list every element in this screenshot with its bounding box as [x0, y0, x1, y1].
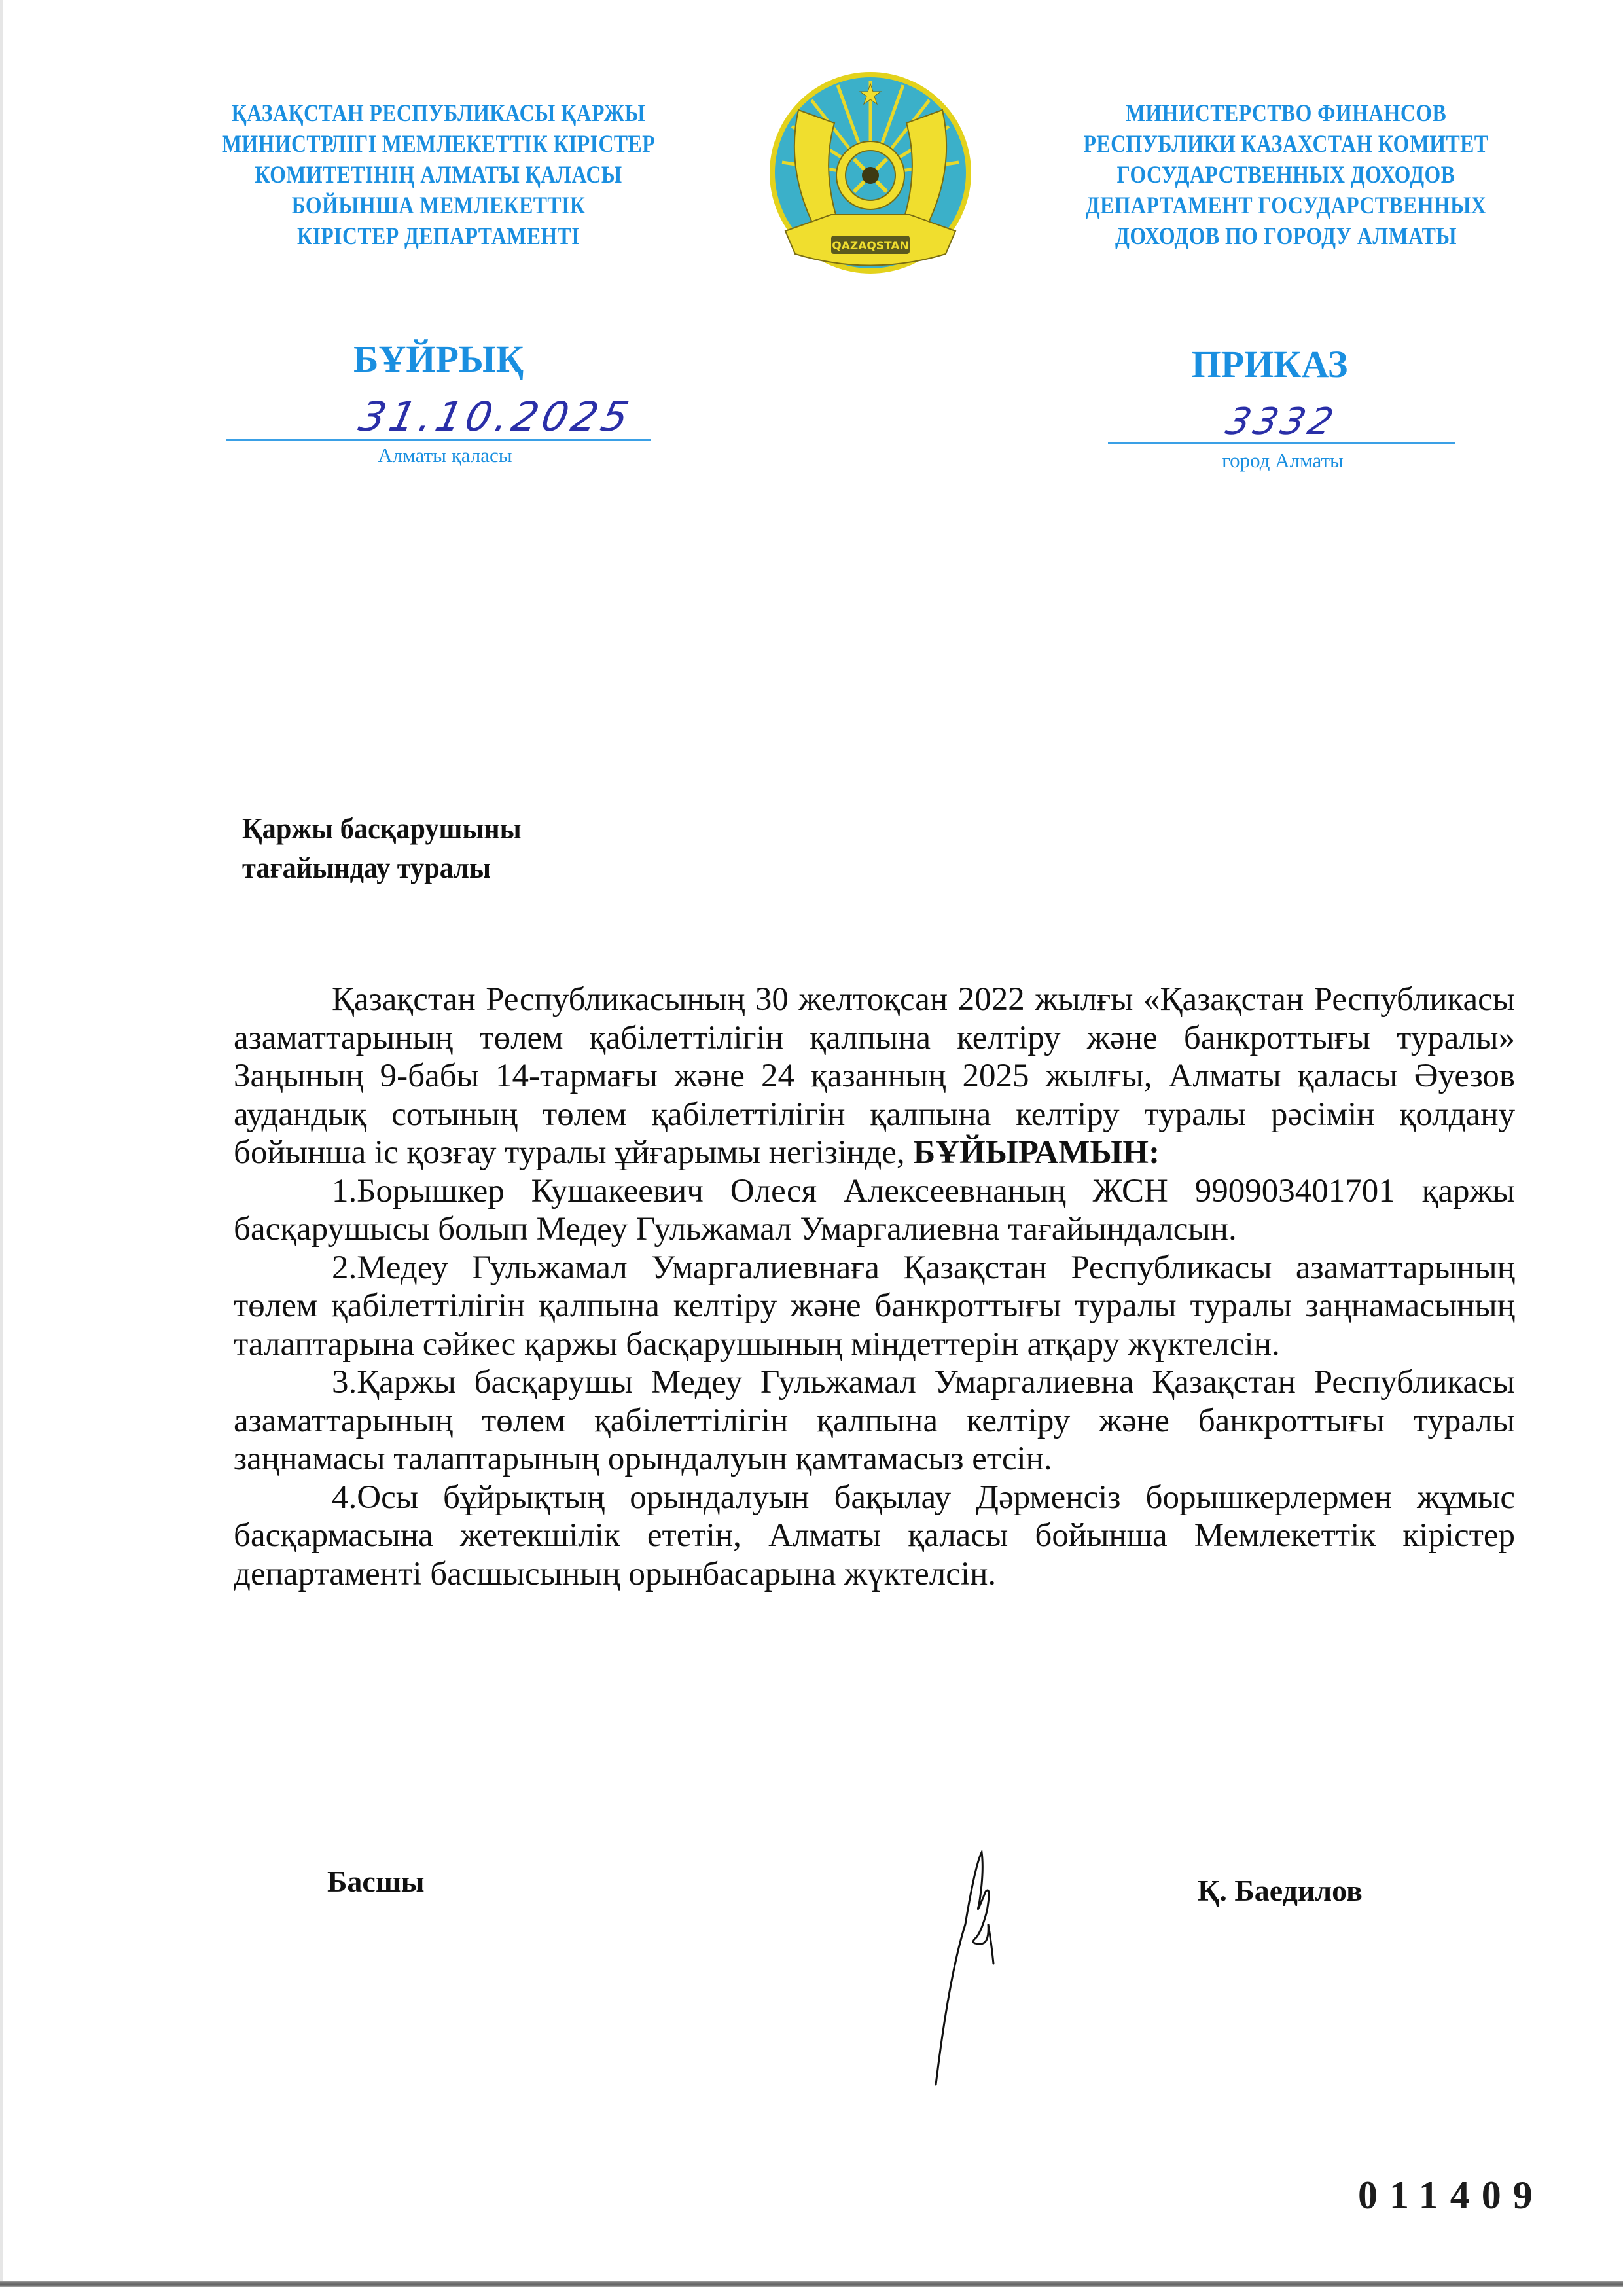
doc-type-kz: БҰЙРЫҚ — [288, 337, 589, 381]
header-ru-line: ДОХОДОВ ПО ГОРОДУ АЛМАТЫ — [1033, 221, 1539, 252]
date-underline — [226, 439, 651, 441]
preamble-text: Қазақстан Республикасының 30 желтоқсан 2… — [234, 981, 1515, 1171]
form-serial-number: 011409 — [1358, 2173, 1544, 2218]
order-word: БҰЙЫРАМЫН: — [913, 1134, 1160, 1171]
place-kz: Алматы қаласы — [308, 444, 582, 467]
header-kz: ҚАЗАҚСТАН РЕСПУБЛИКАСЫ ҚАРЖЫ МИНИСТРЛІГІ… — [179, 98, 697, 252]
number-underline — [1108, 442, 1455, 444]
handwritten-signature-icon — [929, 1846, 1060, 2088]
header-kz-line: МИНИСТРЛІГІ МЕМЛЕКЕТТІК КІРІСТЕР — [179, 129, 697, 160]
order-item: 4.Осы бұйрықтың орындалуын бақылау Дәрме… — [234, 1479, 1515, 1594]
header-ru-line: ГОСУДАРСТВЕННЫХ ДОХОДОВ — [1033, 160, 1539, 190]
order-item: 2.Медеу Гульжамал Умаргалиевнаға Қазақст… — [234, 1249, 1515, 1364]
order-item: 1.Борышкер Кушакеевич Олеся Алексеевнаны… — [234, 1172, 1515, 1249]
state-emblem-icon: QAZAQSTAN — [759, 64, 982, 287]
header-kz-line: ҚАЗАҚСТАН РЕСПУБЛИКАСЫ ҚАРЖЫ — [179, 98, 697, 129]
scan-bottom-edge — [0, 2281, 1623, 2287]
emblem-label: QAZAQSTAN — [832, 240, 908, 253]
header-kz-line: КІРІСТЕР ДЕПАРТАМЕНТІ — [179, 221, 697, 252]
doc-type-ru: ПРИКАЗ — [1139, 342, 1400, 386]
place-ru: город Алматы — [1152, 449, 1414, 473]
title-line: Қаржы басқарушыны — [242, 809, 522, 848]
header-ru-line: РЕСПУБЛИКИ КАЗАХСТАН КОМИТЕТ — [1033, 129, 1539, 160]
document-body: Қазақстан Республикасының 30 желтоқсан 2… — [234, 980, 1515, 1593]
header-ru: МИНИСТЕРСТВО ФИНАНСОВ РЕСПУБЛИКИ КАЗАХСТ… — [1033, 98, 1539, 252]
title-line: тағайындау туралы — [242, 848, 522, 888]
order-item: 3.Қаржы басқарушы Медеу Гульжамал Умарга… — [234, 1363, 1515, 1479]
signatory-role: Басшы — [327, 1864, 425, 1899]
header-ru-line: ДЕПАРТАМЕНТ ГОСУДАРСТВЕННЫХ — [1033, 190, 1539, 221]
header-ru-line: МИНИСТЕРСТВО ФИНАНСОВ — [1033, 98, 1539, 129]
signatory-name: Қ. Баедилов — [1198, 1873, 1363, 1908]
handwritten-date: 31.10.2025 — [355, 393, 637, 440]
handwritten-order-number: 3332 — [1222, 401, 1342, 443]
header-kz-line: КОМИТЕТІНІҢ АЛМАТЫ ҚАЛАСЫ — [179, 160, 697, 190]
scan-left-edge — [0, 0, 3, 2284]
preamble-paragraph: Қазақстан Республикасының 30 желтоқсан 2… — [234, 980, 1515, 1172]
header-kz-line: БОЙЫНША МЕМЛЕКЕТТІК — [179, 190, 697, 221]
document-title: Қаржы басқарушыны тағайындау туралы — [242, 809, 522, 888]
